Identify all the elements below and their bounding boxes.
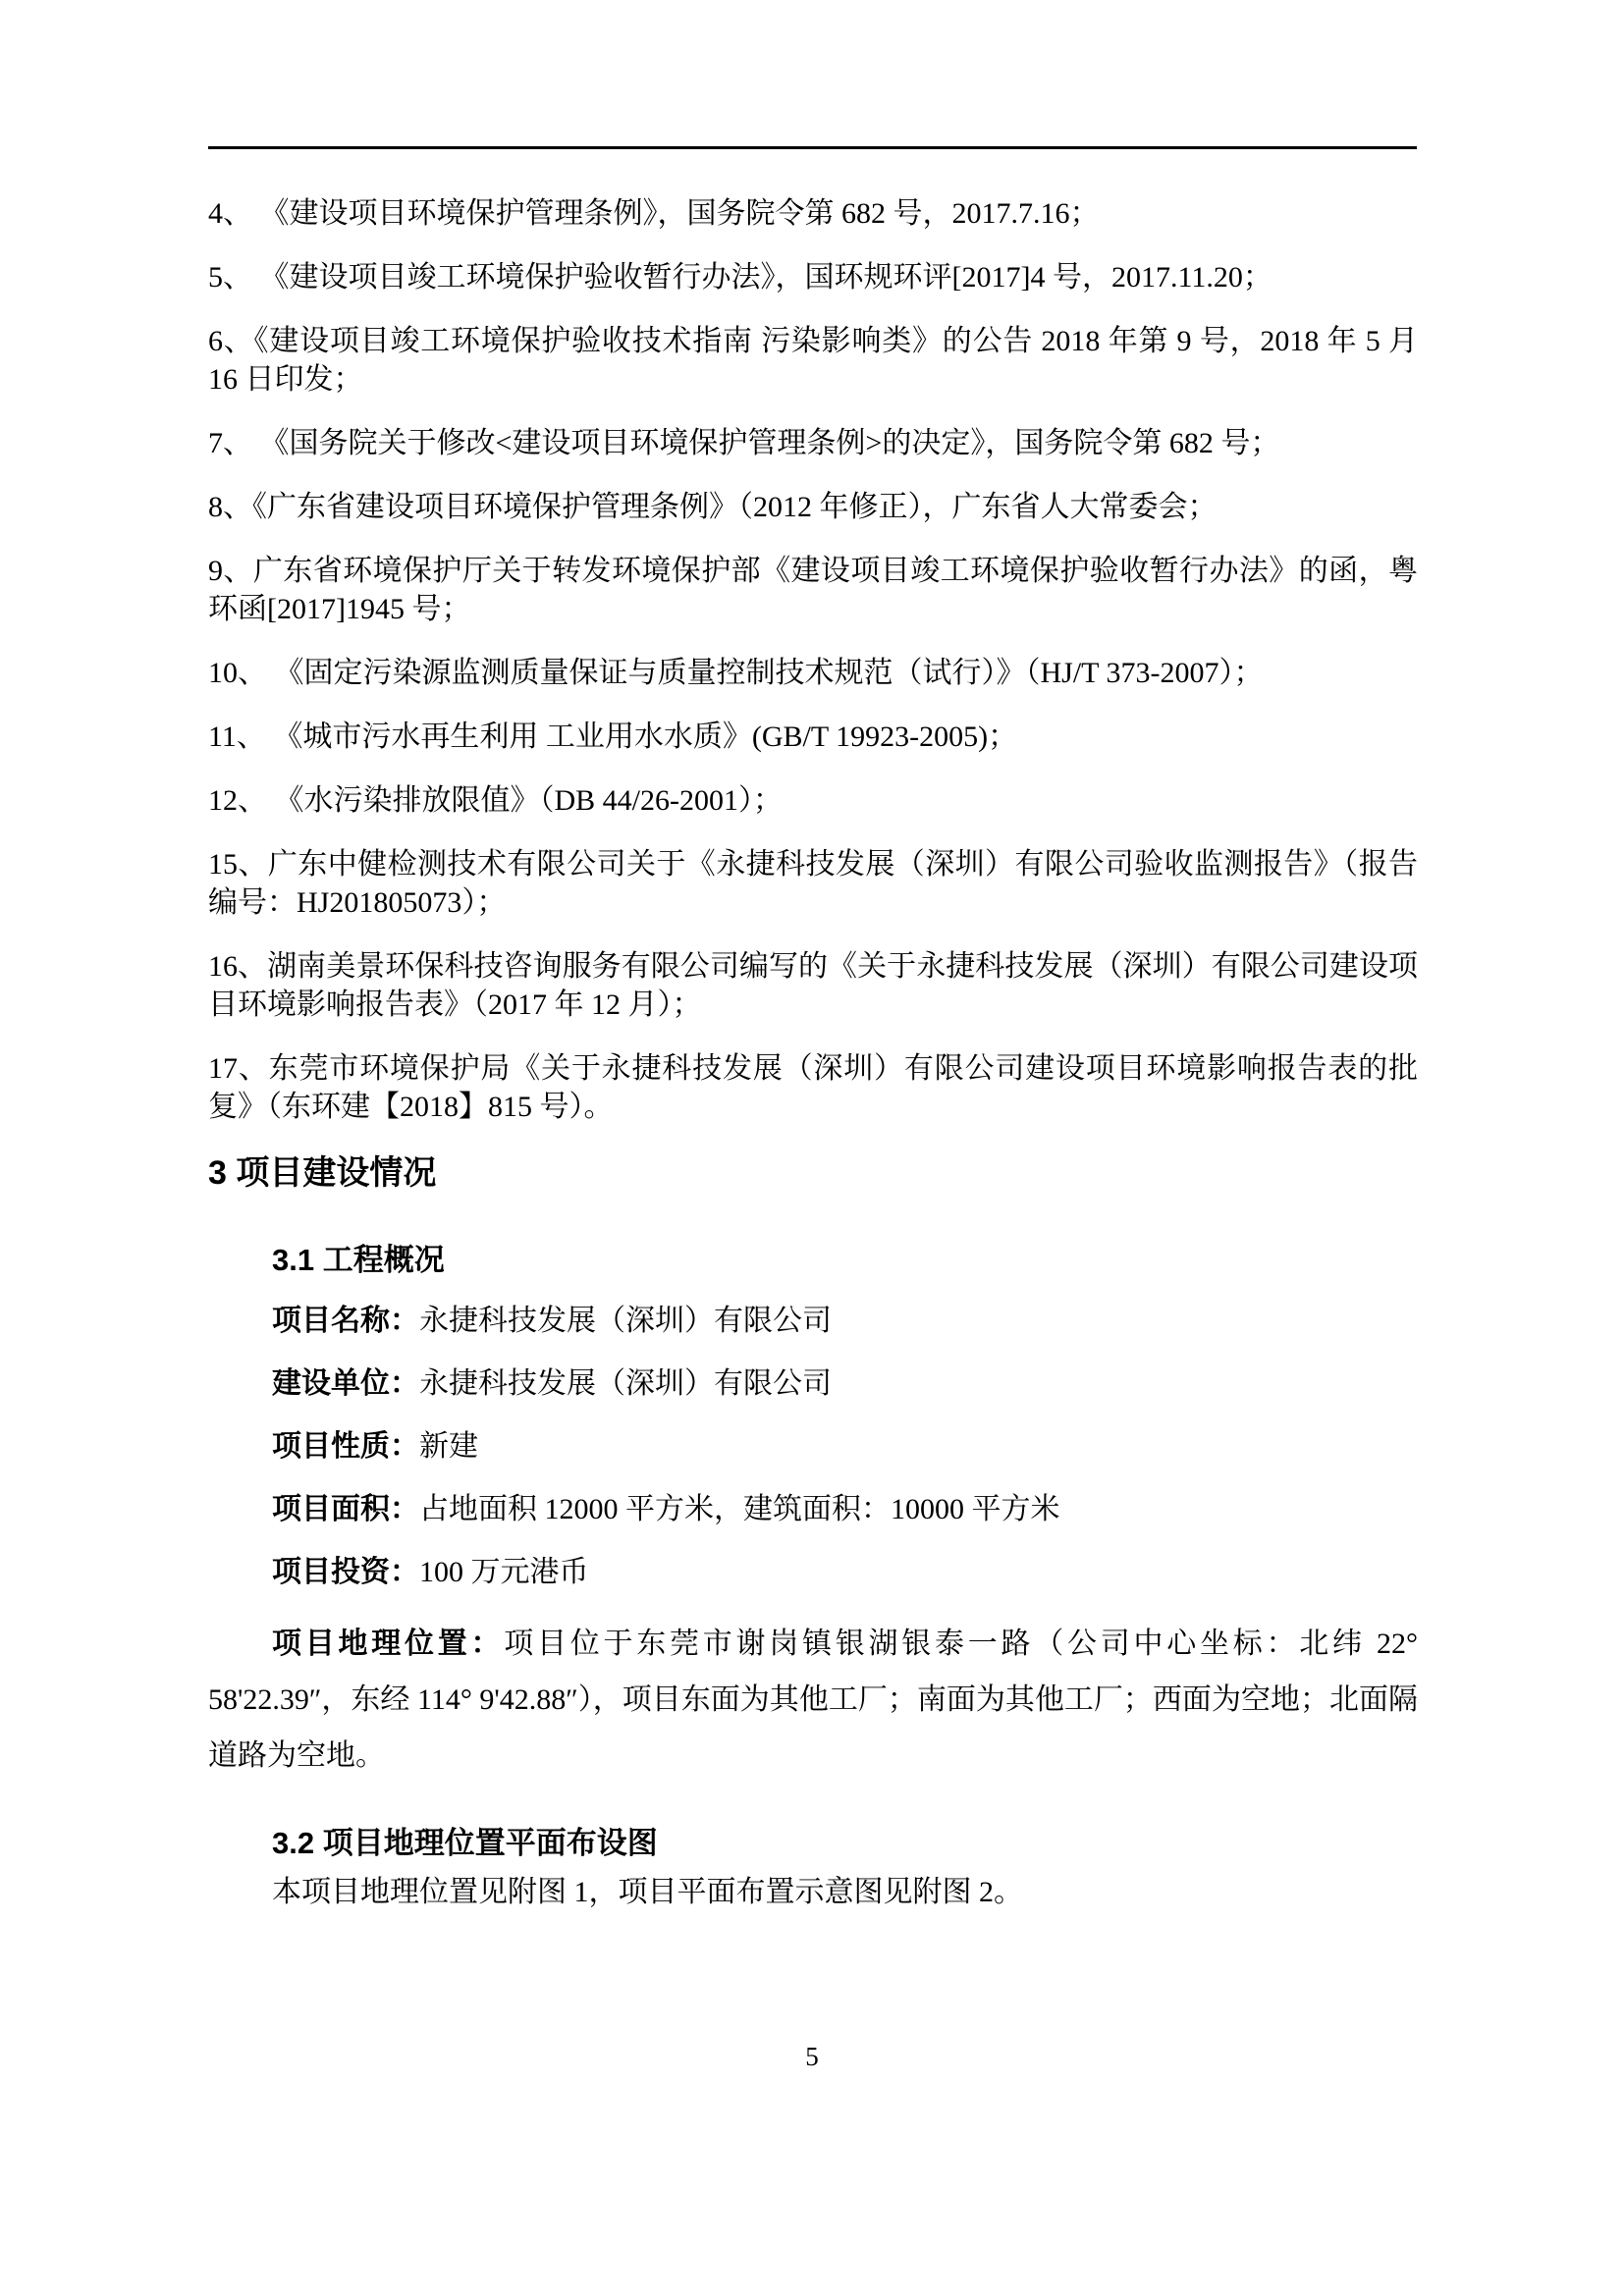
project-field-name: 项目名称：永捷科技发展（深圳）有限公司 [208, 1302, 1418, 1341]
project-fields: 项目名称：永捷科技发展（深圳）有限公司 建设单位：永捷科技发展（深圳）有限公司 … [208, 1302, 1418, 1592]
project-field-builder: 建设单位：永捷科技发展（深圳）有限公司 [208, 1364, 1418, 1404]
header-rule-divider [208, 146, 1417, 149]
reference-item-15: 15、广东中健检测技术有限公司关于《永捷科技发展（深圳）有限公司验收监测报告》（… [208, 845, 1418, 922]
project-location-label: 项目地理位置： [272, 1628, 504, 1660]
reference-item-16: 16、湖南美景环保科技咨询服务有限公司编写的《关于永捷科技发展（深圳）有限公司建… [208, 947, 1418, 1024]
reference-item-9: 9、广东省环境保护厅关于转发环境保护部《建设项目竣工环境保护验收暂行办法》的函，… [208, 552, 1418, 628]
project-location-paragraph: 项目地理位置：项目位于东莞市谢岗镇银湖银泰一路（公司中心坐标：北纬 22° 58… [208, 1616, 1418, 1784]
reference-item-10: 10、 《固定污染源监测质量保证与质量控制技术规范（试行）》（HJ/T 373-… [208, 654, 1418, 692]
document-content: 4、 《建设项目环境保护管理条例》，国务院令第 682 号，2017.7.16；… [208, 194, 1418, 1912]
project-field-name-label: 项目名称： [272, 1305, 419, 1337]
section-3-1-heading: 3.1 工程概况 [272, 1241, 1418, 1280]
project-field-investment-label: 项目投资： [272, 1556, 419, 1588]
section-3-2-heading: 3.2 项目地理位置平面布设图 [272, 1824, 1418, 1863]
section-3-heading: 3 项目建设情况 [208, 1151, 1418, 1195]
reference-item-4: 4、 《建设项目环境保护管理条例》，国务院令第 682 号，2017.7.16； [208, 194, 1418, 233]
page-number: 5 [0, 2040, 1624, 2073]
reference-item-6: 6、《建设项目竣工环境保护验收技术指南 污染影响类》的公告 2018 年第 9 … [208, 322, 1418, 399]
project-field-nature: 项目性质：新建 [208, 1427, 1418, 1467]
project-field-investment-value: 100 万元港币 [419, 1556, 589, 1588]
project-field-nature-value: 新建 [419, 1430, 478, 1463]
reference-item-5: 5、 《建设项目竣工环境保护验收暂行办法》，国环规环评[2017]4 号，201… [208, 258, 1418, 296]
project-field-builder-value: 永捷科技发展（深圳）有限公司 [419, 1367, 832, 1400]
reference-item-8: 8、《广东省建设项目环境保护管理条例》（2012 年修正），广东省人大常委会； [208, 488, 1418, 526]
reference-item-11: 11、 《城市污水再生利用 工业用水水质》(GB/T 19923-2005)； [208, 718, 1418, 756]
reference-item-12: 12、 《水污染排放限值》（DB 44/26-2001）； [208, 781, 1418, 820]
project-field-builder-label: 建设单位： [272, 1367, 419, 1400]
reference-item-17: 17、东莞市环境保护局《关于永捷科技发展（深圳）有限公司建设项目环境影响报告表的… [208, 1049, 1418, 1126]
project-field-investment: 项目投资：100 万元港币 [208, 1553, 1418, 1592]
project-field-area-label: 项目面积： [272, 1493, 419, 1525]
section-3-2-body: 本项目地理位置见附图 1，项目平面布置示意图见附图 2。 [208, 1873, 1418, 1912]
project-field-area: 项目面积：占地面积 12000 平方米，建筑面积：10000 平方米 [208, 1490, 1418, 1529]
project-field-name-value: 永捷科技发展（深圳）有限公司 [419, 1305, 832, 1337]
document-page: 4、 《建设项目环境保护管理条例》，国务院令第 682 号，2017.7.16；… [0, 0, 1624, 2296]
project-field-nature-label: 项目性质： [272, 1430, 419, 1463]
reference-item-7: 7、 《国务院关于修改<建设项目环境保护管理条例>的决定》，国务院令第 682 … [208, 424, 1418, 462]
project-field-area-value: 占地面积 12000 平方米，建筑面积：10000 平方米 [419, 1493, 1060, 1525]
